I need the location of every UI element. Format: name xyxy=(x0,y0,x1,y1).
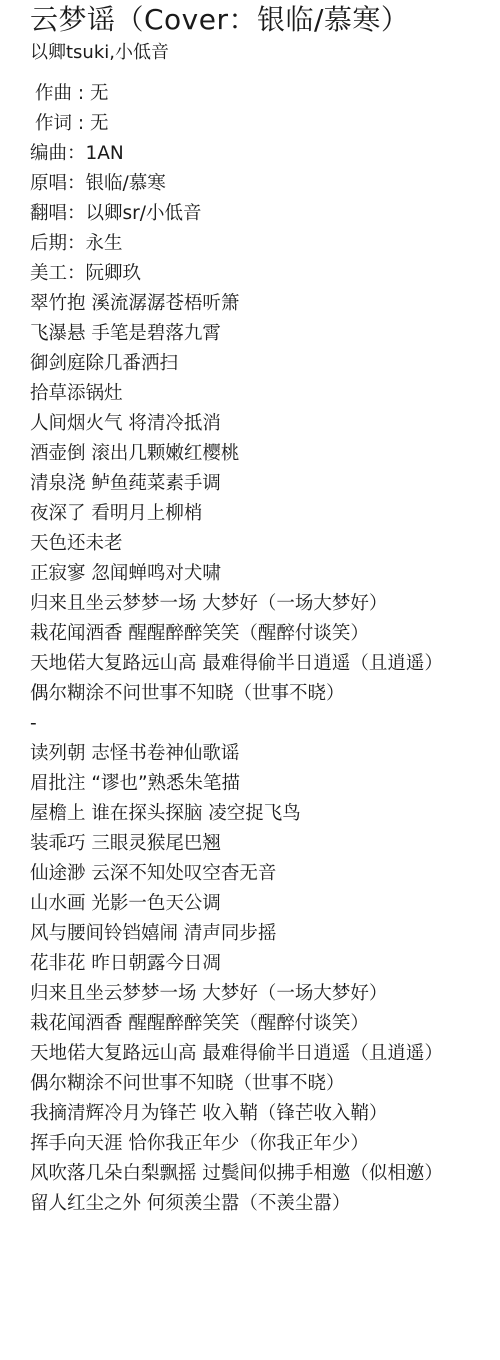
lyric-line: 留人红尘之外 何须羡尘嚣（不羡尘嚣） xyxy=(30,1189,443,1219)
lyric-line: 山水画 光影一色天公调 xyxy=(30,889,443,919)
lyric-line: 装乖巧 三眼灵猴尾巴翘 xyxy=(30,829,443,859)
lyric-line: 归来且坐云梦梦一场 大梦好（一场大梦好） xyxy=(30,979,443,1009)
credit-line: 美工：阮卿玖 xyxy=(30,259,443,289)
lyric-line: 偶尔糊涂不问世事不知晓（世事不晓） xyxy=(30,679,443,709)
credit-line: 作曲 : 无 xyxy=(30,79,443,109)
lyric-line: 清泉浇 鲈鱼莼菜素手调 xyxy=(30,469,443,499)
credit-line: 编曲：1AN xyxy=(30,139,443,169)
lyric-line: 屋檐上 谁在探头探脑 凌空捉飞鸟 xyxy=(30,799,443,829)
lyric-line: 花非花 昨日朝露今日凋 xyxy=(30,949,443,979)
lyric-line: 归来且坐云梦梦一场 大梦好（一场大梦好） xyxy=(30,589,443,619)
lyric-line: 拾草添锅灶 xyxy=(30,379,443,409)
credit-line: 作词 : 无 xyxy=(30,109,443,139)
lyric-line: 风与腰间铃铛嬉闹 清声同步摇 xyxy=(30,919,443,949)
lyric-line: 夜深了 看明月上柳梢 xyxy=(30,499,443,529)
lyrics-list: 作曲 : 无作词 : 无编曲：1AN原唱：银临/慕寒翻唱：以卿sr/小低音后期：… xyxy=(30,79,443,1219)
credit-line: 翻唱：以卿sr/小低音 xyxy=(30,199,443,229)
lyric-line: 天地偌大复路远山高 最难得偷半日逍遥（且逍遥） xyxy=(30,1039,443,1069)
lyric-line: 挥手向天涯 恰你我正年少（你我正年少） xyxy=(30,1129,443,1159)
lyric-line: 眉批注 “谬也”熟悉朱笔描 xyxy=(30,769,443,799)
lyric-line: 御剑庭除几番洒扫 xyxy=(30,349,443,379)
lyric-line: 天地偌大复路远山高 最难得偷半日逍遥（且逍遥） xyxy=(30,649,443,679)
lyric-line: 正寂寥 忽闻蝉鸣对犬啸 xyxy=(30,559,443,589)
song-title: 云梦谣（Cover：银临/慕寒） xyxy=(30,2,409,38)
lyric-line: 天色还未老 xyxy=(30,529,443,559)
lyric-line: 我摘清辉冷月为锋芒 收入鞘（锋芒收入鞘） xyxy=(30,1099,443,1129)
credit-line: 后期：永生 xyxy=(30,229,443,259)
lyric-line: 偶尔糊涂不问世事不知晓（世事不晓） xyxy=(30,1069,443,1099)
lyric-line: 飞瀑悬 手笔是碧落九霄 xyxy=(30,319,443,349)
lyric-line: 风吹落几朵白梨飘摇 过鬓间似拂手相邀（似相邀） xyxy=(30,1159,443,1189)
lyric-line: 栽花闻酒香 醒醒醉醉笑笑（醒醉付谈笑） xyxy=(30,1009,443,1039)
lyric-line: 仙途渺 云深不知处叹空杳无音 xyxy=(30,859,443,889)
lyric-line: 人间烟火气 将清冷抵消 xyxy=(30,409,443,439)
lyric-line: 读列朝 志怪书卷神仙歌谣 xyxy=(30,739,443,769)
lyric-line: 栽花闻酒香 醒醒醉醉笑笑（醒醉付谈笑） xyxy=(30,619,443,649)
lyric-line: 翠竹抱 溪流潺潺苍梧听箫 xyxy=(30,289,443,319)
lyric-line: - xyxy=(30,709,443,739)
lyric-line: 酒壶倒 滚出几颗嫩红樱桃 xyxy=(30,439,443,469)
artist-name: 以卿tsuki,小低音 xyxy=(30,40,169,66)
credit-line: 原唱：银临/慕寒 xyxy=(30,169,443,199)
